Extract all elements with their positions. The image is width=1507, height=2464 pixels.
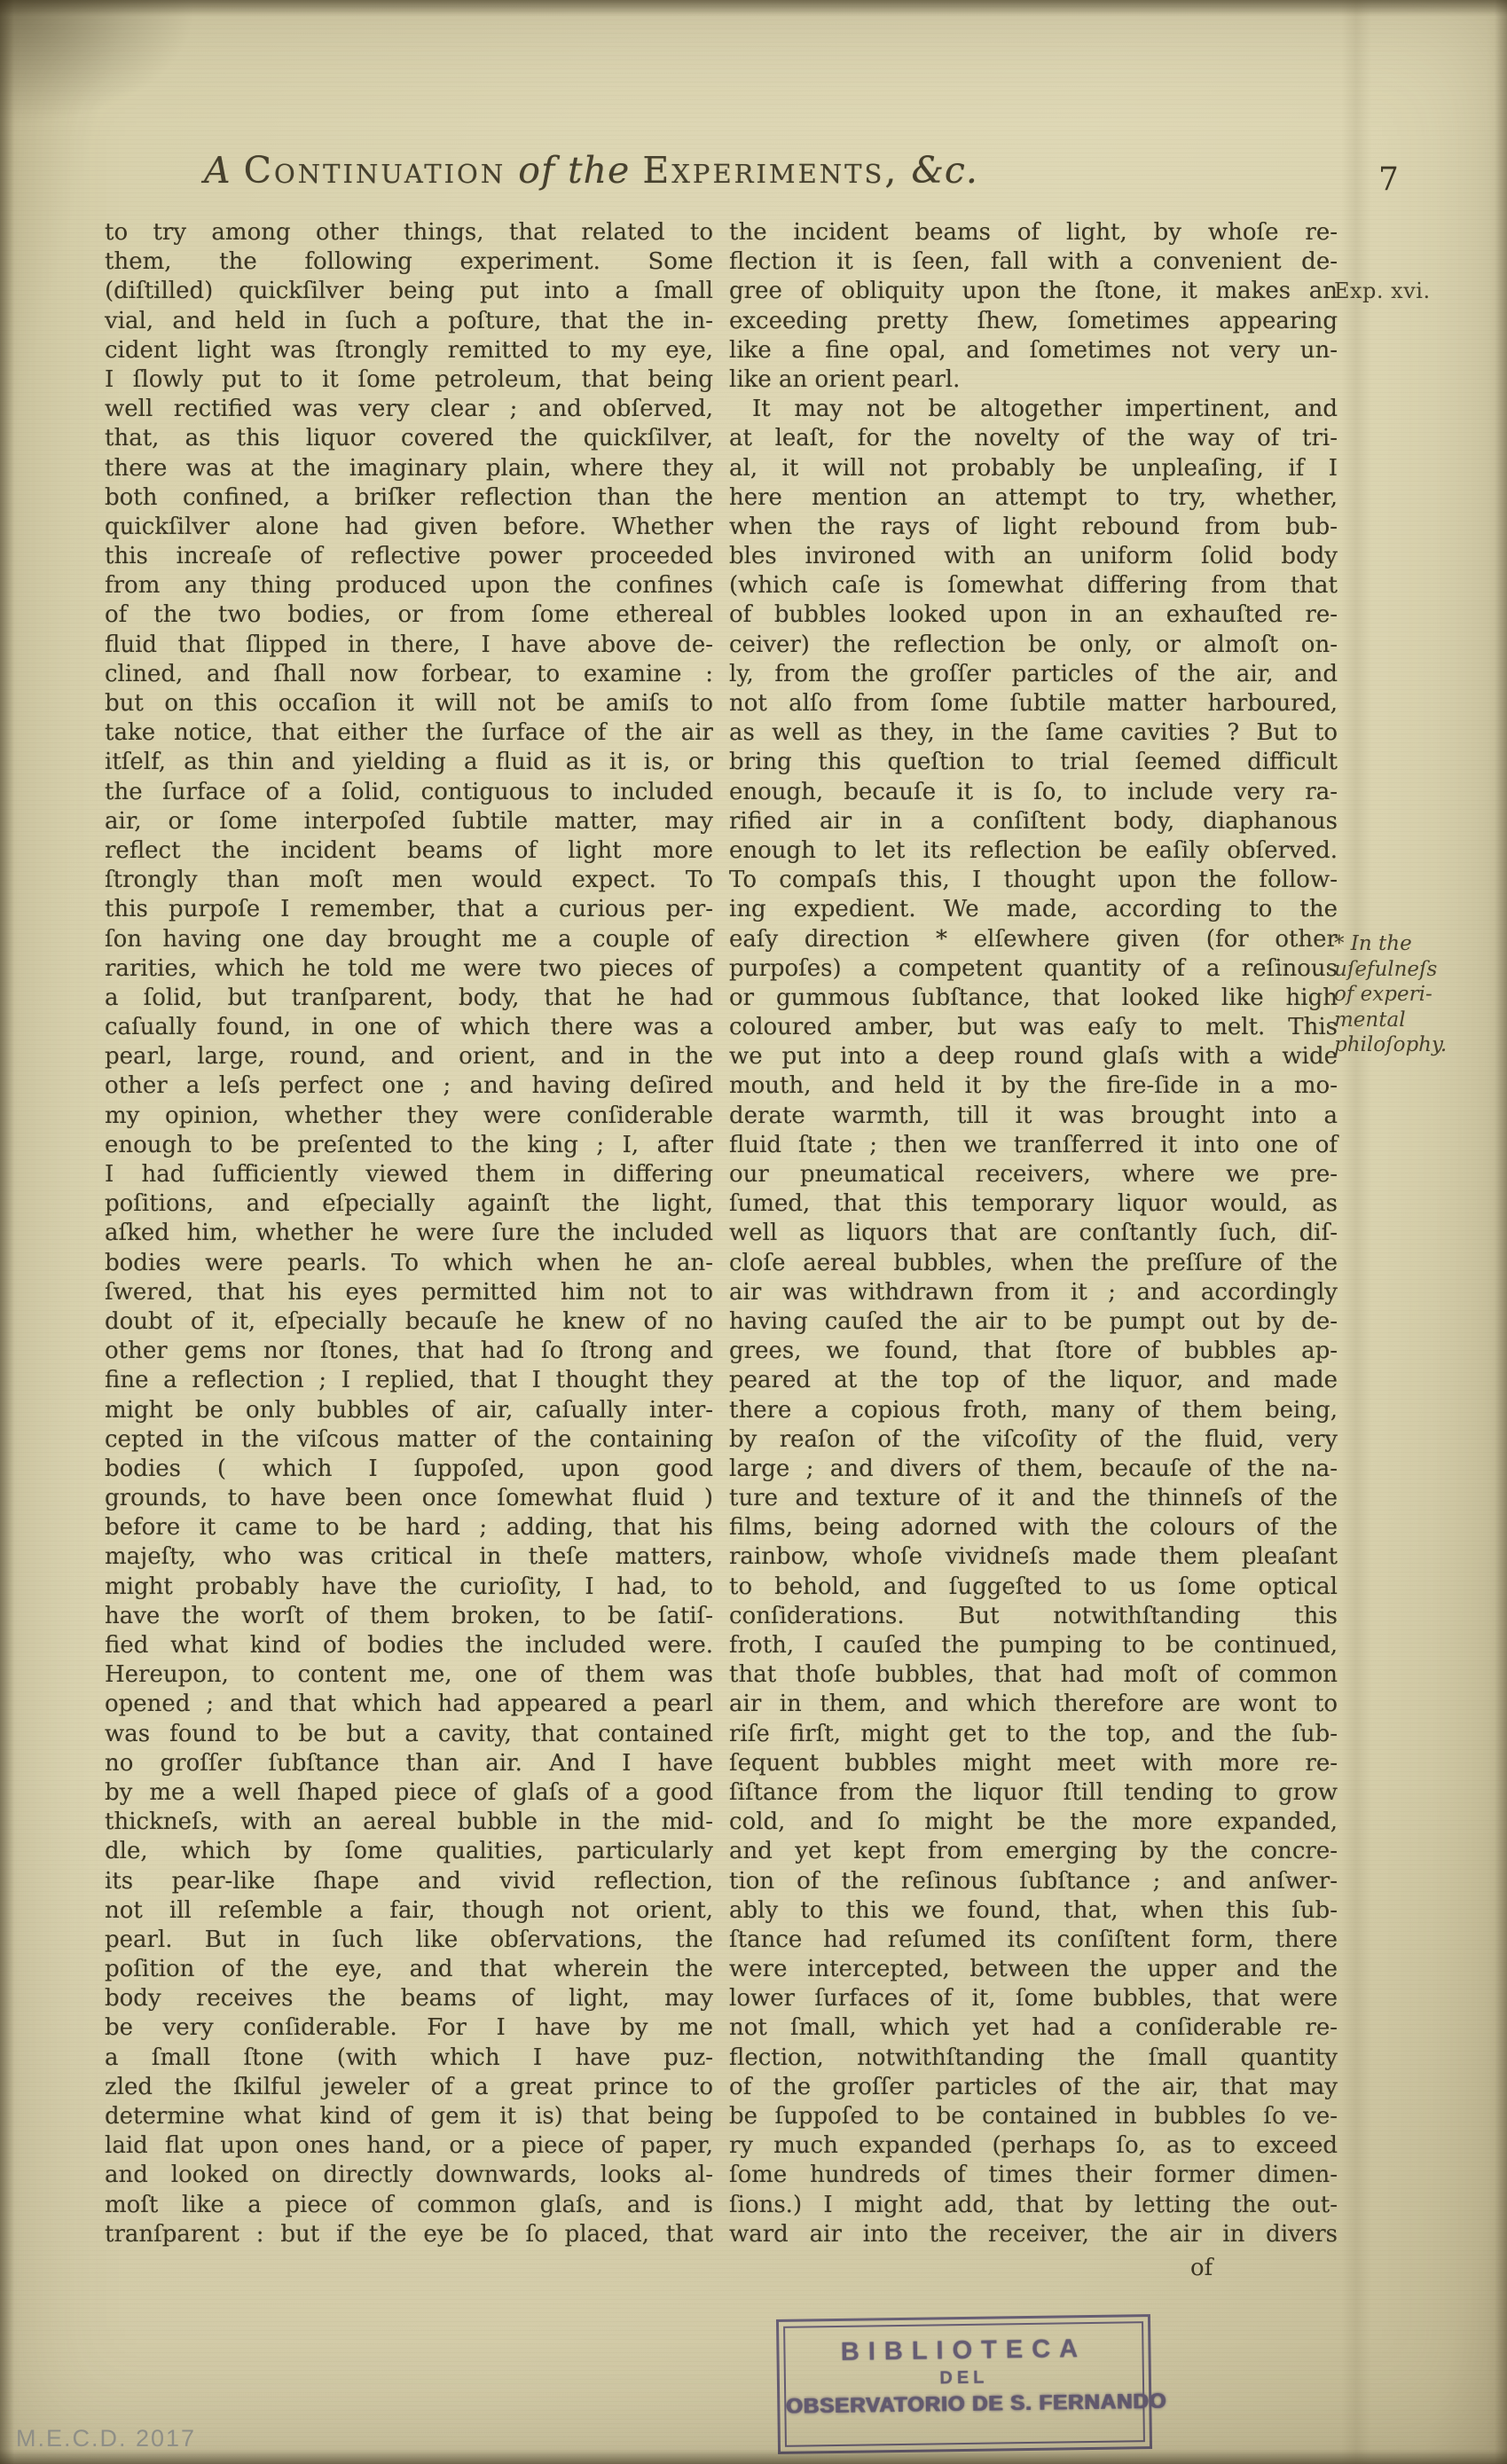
text-line: philoſophy. <box>1334 1032 1494 1058</box>
text-line: * In the <box>1334 931 1494 957</box>
text-line: this increaſe of reflective power procee… <box>105 542 713 571</box>
text-line: clined, and ſhall now forbear, to examin… <box>105 660 713 689</box>
text-line: pearl, large, round, and orient, and in … <box>105 1042 713 1071</box>
text-line: ably to this we found, that, when this ſ… <box>729 1896 1338 1926</box>
text-line: cloſe aereal bubbles, when the preſſure … <box>729 1249 1338 1278</box>
text-line: ſtance had reſumed its conſiſtent form, … <box>729 1926 1338 1955</box>
text-line: poſition of the eye, and that wherein th… <box>105 1955 713 1984</box>
text-line: ſiſtance from the liquor ſtill tending t… <box>729 1778 1338 1808</box>
stamp-line-del: DEL <box>786 2366 1142 2391</box>
text-line: (diſtilled) quickſilver being put into a… <box>105 277 713 306</box>
text-line: at leaſt, for the novelty of the way of … <box>729 424 1338 453</box>
text-line: ſwered, that his eyes permitted him not … <box>105 1278 713 1307</box>
margin-note-reference: * In theuſefulneſsof experi-mentalphiloſ… <box>1334 931 1494 1058</box>
text-line: aſked him, whether he were ſure the incl… <box>105 1219 713 1248</box>
text-line: itſelf, as thin and yielding a fluid as … <box>105 748 713 777</box>
text-line: bodies ( which I ſuppoſed, upon good <box>105 1455 713 1484</box>
text-line: from any thing produced upon the confine… <box>105 571 713 600</box>
text-line: air, or ſome interpoſed ſubtile matter, … <box>105 807 713 836</box>
catchword: of <box>1190 2255 1213 2281</box>
text-line: there was at the imaginary plain, where … <box>105 454 713 483</box>
text-line: To compaſs this, I thought upon the foll… <box>729 866 1338 895</box>
text-line: might be only bubbles of air, caſually i… <box>105 1396 713 1425</box>
text-line: of bubbles looked upon in an exhauſted r… <box>729 600 1338 630</box>
text-line: exceeding pretty ſhew, ſometimes appeari… <box>729 307 1338 336</box>
text-line: when the rays of light rebound from bub- <box>729 513 1338 542</box>
text-line: body receives the beams of light, may <box>105 1984 713 2013</box>
text-line: ſon having one day brought me a couple o… <box>105 925 713 954</box>
book-page: A Continuation of the Experiments, &c. 7… <box>0 0 1507 2464</box>
title-word-continuation: Continuation <box>244 149 506 192</box>
text-line: bodies were pearls. To which when he an- <box>105 1249 713 1278</box>
text-line: that, as this liquor covered the quickſi… <box>105 424 713 453</box>
text-line: ly, from the groſſer particles of the ai… <box>729 660 1338 689</box>
text-line: a ſmall ſtone (with which I have puz- <box>105 2044 713 2073</box>
stamp-line-observatorio: OBSERVATORIO DE S. FERNANDO <box>786 2389 1142 2420</box>
text-line: eaſy direction * elſewhere given (for ot… <box>729 925 1338 954</box>
text-line: this purpoſe I remember, that a curious … <box>105 895 713 924</box>
text-line: vial, and held in ſuch a poſture, that t… <box>105 307 713 336</box>
text-line: flection it is ſeen, fall with a conveni… <box>729 247 1338 277</box>
text-line: uſefulneſs <box>1334 957 1494 983</box>
text-line: It may not be altogether impertinent, an… <box>729 395 1338 424</box>
text-line: not alſo from ſome ſubtile matter harbou… <box>729 689 1338 718</box>
text-line: before it came to be hard ; adding, that… <box>105 1513 713 1542</box>
text-line: be ſuppoſed to be contained in bubbles ſ… <box>729 2102 1338 2131</box>
text-line: films, being adorned with the colours of… <box>729 1513 1338 1542</box>
stamp-inner-border: BIBLIOTECA DEL OBSERVATORIO DE S. FERNAN… <box>783 2321 1145 2447</box>
text-line: fluid that ſlipped in there, I have abov… <box>105 631 713 660</box>
text-line: not ſmall, which yet had a conſiderable … <box>729 2013 1338 2043</box>
text-line: (which caſe is ſomewhat differing from t… <box>729 571 1338 600</box>
text-line: moſt like a piece of common glaſs, and i… <box>105 2191 713 2220</box>
text-line: ry much expanded (perhaps ſo, as to exce… <box>729 2131 1338 2161</box>
text-line: ſtrongly than moſt men would expect. To <box>105 866 713 895</box>
text-line: doubt of it, eſpecially becauſe he knew … <box>105 1307 713 1337</box>
text-line: having cauſed the air to be pumpt out by… <box>729 1307 1338 1337</box>
text-line: cepted in the viſcous matter of the cont… <box>105 1425 713 1455</box>
running-header: A Continuation of the Experiments, &c. <box>204 149 978 192</box>
text-line: reflect the incident beams of light more <box>105 836 713 866</box>
text-line: bles invironed with an uniform ſolid bod… <box>729 542 1338 571</box>
text-line: both confined, a briſker reflection than… <box>105 483 713 513</box>
text-line: enough, becauſe it is ſo, to include ver… <box>729 778 1338 807</box>
text-line: that thoſe bubbles, that had moſt of com… <box>729 1660 1338 1690</box>
text-line: rified air in a conſiſtent body, diaphan… <box>729 807 1338 836</box>
page-title: A Continuation of the Experiments, &c. <box>204 149 978 192</box>
text-line: grees, we found, that ſtore of bubbles a… <box>729 1337 1338 1366</box>
text-line: I ſlowly put to it ſome petroleum, that … <box>105 365 713 395</box>
text-line: flection, notwithſtanding the ſmall quan… <box>729 2044 1338 2073</box>
text-line: or gummous ſubſtance, that looked like h… <box>729 984 1338 1013</box>
text-line: a ſolid, but tranſparent, body, that he … <box>105 984 713 1013</box>
text-line: peared at the top of the liquor, and mad… <box>729 1366 1338 1395</box>
text-line: of experi- <box>1334 982 1494 1008</box>
text-line: rarities, which he told me were two piec… <box>105 954 713 984</box>
text-line: here mention an attempt to try, whether, <box>729 483 1338 513</box>
text-line: large ; and divers of them, becauſe of t… <box>729 1455 1338 1484</box>
stamp-line-biblioteca: BIBLIOTECA <box>785 2334 1142 2368</box>
text-line: to try among other things, that related … <box>105 218 713 247</box>
folio-number: 7 <box>1378 161 1399 198</box>
text-line: air was withdrawn from it ; and accordin… <box>729 1278 1338 1307</box>
text-line: by me a well ſhaped piece of glaſs of a … <box>105 1778 713 1808</box>
text-line: al, it will not probably be unpleaſing, … <box>729 454 1338 483</box>
text-line: like a fine opal, and ſometimes not very… <box>729 336 1338 365</box>
library-stamp: BIBLIOTECA DEL OBSERVATORIO DE S. FERNAN… <box>776 2314 1152 2454</box>
text-line: cident light was ſtrongly remitted to my… <box>105 336 713 365</box>
text-line: the incident beams of light, by whoſe re… <box>729 218 1338 247</box>
text-line: other a leſs perfect one ; and having de… <box>105 1071 713 1101</box>
text-line: ſumed, that this temporary liquor would,… <box>729 1189 1338 1219</box>
text-line: froth, I cauſed the pumping to be contin… <box>729 1631 1338 1660</box>
text-line: coloured amber, but was eaſy to melt. Th… <box>729 1013 1338 1042</box>
text-line: we put into a deep round glaſs with a wi… <box>729 1042 1338 1071</box>
text-line: its pear-like ſhape and vivid reflection… <box>105 1867 713 1896</box>
text-line: there a copious froth, many of them bein… <box>729 1396 1338 1425</box>
text-line: ture and texture of it and the thinneſs … <box>729 1484 1338 1513</box>
text-line: of the two bodies, or from ſome ethereal <box>105 600 713 630</box>
text-line: of the groſſer particles of the air, tha… <box>729 2073 1338 2102</box>
text-line: Hereupon, to content me, one of them was <box>105 1660 713 1690</box>
text-line: well rectified was very clear ; and obſe… <box>105 395 713 424</box>
text-line: were intercepted, between the upper and … <box>729 1955 1338 1984</box>
text-line: ſome hundreds of times their former dime… <box>729 2161 1338 2190</box>
text-line: ward air into the receiver, the air in d… <box>729 2220 1338 2249</box>
corner-stain <box>0 0 195 124</box>
page-edge-shadow-bottom <box>0 2450 1507 2464</box>
page-edge-shadow-top <box>0 0 1507 16</box>
text-line: but on this occaſion it will not be amiſ… <box>105 689 713 718</box>
text-line: derate warmth, till it was brought into … <box>729 1102 1338 1131</box>
text-line: and yet kept from emerging by the concre… <box>729 1837 1338 1866</box>
text-line: take notice, that either the ſurface of … <box>105 718 713 748</box>
margin-note-experiment: Exp. xvi. <box>1334 279 1431 303</box>
page-edge-shadow-right <box>1495 0 1507 2464</box>
text-line: mental <box>1334 1008 1494 1033</box>
text-line: ſequent bubbles might meet with more re- <box>729 1749 1338 1778</box>
text-line: opened ; and that which had appeared a p… <box>105 1690 713 1719</box>
text-line: I had ſufficiently viewed them in differ… <box>105 1160 713 1189</box>
text-line: other gems nor ſtones, that had ſo ſtron… <box>105 1337 713 1366</box>
text-line: thickneſs, with an aereal bubble in the … <box>105 1808 713 1837</box>
text-line: be very conſiderable. For I have by me <box>105 2013 713 2043</box>
text-line: the ſurface of a ſolid, contiguous to in… <box>105 778 713 807</box>
page-edge-shadow-left <box>0 0 14 2464</box>
text-line: conſiderations. But notwithſtanding this <box>729 1602 1338 1631</box>
text-line: cold, and ſo might be the more expanded, <box>729 1808 1338 1837</box>
text-line: fluid ſtate ; then we tranſferred it int… <box>729 1131 1338 1160</box>
right-column: the incident beams of light, by whoſe re… <box>729 218 1338 2249</box>
text-line: by reaſon of the viſcoſity of the fluid,… <box>729 1425 1338 1455</box>
text-line: our pneumatical receivers, where we pre- <box>729 1160 1338 1189</box>
text-line: quickſilver alone had given before. Whet… <box>105 513 713 542</box>
left-column: to try among other things, that related … <box>105 218 713 2249</box>
text-line: fied what kind of bodies the included we… <box>105 1631 713 1660</box>
text-line: caſually found, in one of which there wa… <box>105 1013 713 1042</box>
title-word-a: A <box>204 149 232 192</box>
text-line: rainbow, whoſe vividneſs made them pleaſ… <box>729 1542 1338 1572</box>
text-line: laid flat upon ones hand, or a piece of … <box>105 2131 713 2161</box>
text-line: like an orient pearl. <box>729 365 1338 395</box>
text-line: might probably have the curioſity, I had… <box>105 1573 713 1602</box>
text-line: enough to let its reflection be eaſily o… <box>729 836 1338 866</box>
text-line: purpoſes) a competent quantity of a reſi… <box>729 954 1338 984</box>
text-line: as well as they, in the ſame cavities ? … <box>729 718 1338 748</box>
text-line: them, the following experiment. Some <box>105 247 713 277</box>
text-line: lower ſurfaces of it, ſome bubbles, that… <box>729 1984 1338 2013</box>
archive-code: M.E.C.D. 2017 <box>16 2425 196 2452</box>
text-line: zled the ſkilful jeweler of a great prin… <box>105 2073 713 2102</box>
text-line: ceiver) the reflection be only, or almoſ… <box>729 631 1338 660</box>
text-line: not ill reſemble a fair, though not orie… <box>105 1896 713 1926</box>
title-word-experiments: Experiments, <box>642 149 899 192</box>
text-line: was found to be but a cavity, that conta… <box>105 1720 713 1749</box>
text-line: grounds, to have been once ſomewhat flui… <box>105 1484 713 1513</box>
paper-crease <box>1341 0 1371 2464</box>
text-line: mouth, and held it by the fire-ſide in a… <box>729 1071 1338 1101</box>
text-line: majeſty, who was critical in theſe matte… <box>105 1542 713 1572</box>
text-line: riſe firſt, might get to the top, and th… <box>729 1720 1338 1749</box>
title-word-of-the: of the <box>518 149 630 192</box>
text-line: tranſparent : but if the eye be ſo place… <box>105 2220 713 2249</box>
text-line: dle, which by ſome qualities, particular… <box>105 1837 713 1866</box>
text-line: gree of obliquity upon the ſtone, it mak… <box>729 277 1338 306</box>
text-line: well as liquors that are conſtantly ſuch… <box>729 1219 1338 1248</box>
text-line: determine what kind of gem it is) that b… <box>105 2102 713 2131</box>
text-line: poſitions, and eſpecially againſt the li… <box>105 1189 713 1219</box>
text-line: pearl. But in ſuch like obſervations, th… <box>105 1926 713 1955</box>
text-line: have the worſt of them broken, to be ſat… <box>105 1602 713 1631</box>
text-line: air in them, and which therefore are won… <box>729 1690 1338 1719</box>
text-line: ing expedient. We made, according to the <box>729 895 1338 924</box>
text-line: no groſſer ſubſtance than air. And I hav… <box>105 1749 713 1778</box>
title-word-etc: &c. <box>911 149 978 192</box>
text-line: enough to be preſented to the king ; I, … <box>105 1131 713 1160</box>
text-line: tion of the reſinous ſubſtance ; and anſ… <box>729 1867 1338 1896</box>
text-line: bring this queſtion to trial ſeemed diff… <box>729 748 1338 777</box>
text-line: to behold, and ſuggeſted to us ſome opti… <box>729 1573 1338 1602</box>
text-line: my opinion, whether they were conſiderab… <box>105 1102 713 1131</box>
text-line: fine a reflection ; I replied, that I th… <box>105 1366 713 1395</box>
text-line: and looked on directly downwards, looks … <box>105 2161 713 2190</box>
text-line: ſions.) I might add, that by letting the… <box>729 2191 1338 2220</box>
